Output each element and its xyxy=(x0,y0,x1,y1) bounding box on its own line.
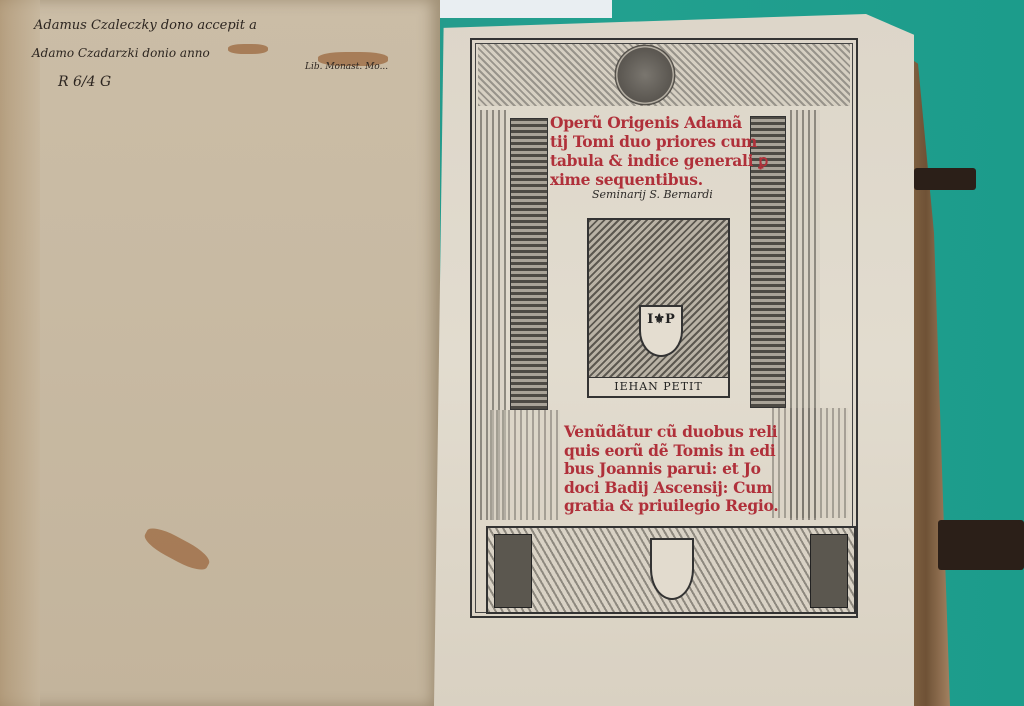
left-page-edge-stain xyxy=(0,0,40,706)
left-endpaper: Adamus Czaleczky dono accepit a Adamo Cz… xyxy=(0,0,440,706)
lower-clasp xyxy=(938,520,1024,570)
left-figures xyxy=(490,410,560,520)
ownership-inscription: Seminarij S. Bernardi xyxy=(592,188,713,201)
brown-stain xyxy=(141,523,213,575)
shelfmark: R 6/4 G xyxy=(58,74,111,90)
upper-clasp xyxy=(914,168,976,190)
bottom-ornament-band-horsemen xyxy=(486,526,856,614)
book-title: Operũ Origenis Adamã tij Tomi duo priore… xyxy=(550,113,750,189)
paper-slip xyxy=(432,0,612,18)
library-note: Lib. Monast. Mo... xyxy=(305,62,388,72)
imprint: Venũdãtur cũ duobus reli quis eorũ dẽ To… xyxy=(564,423,774,516)
inscription-line-2: Adamo Czadarzki donio anno xyxy=(32,46,210,60)
inscription-line-1: Adamus Czaleczky dono accepit a xyxy=(34,18,257,33)
printer-device: I⚜P IEHAN PETIT xyxy=(587,218,730,398)
blank-shield-icon xyxy=(650,538,694,600)
right-figure-panel xyxy=(810,534,848,608)
brown-stain xyxy=(228,44,268,54)
medallion-scholar-icon xyxy=(612,44,678,106)
left-column xyxy=(510,118,548,410)
right-figures xyxy=(772,408,848,518)
printer-name-banner: IEHAN PETIT xyxy=(589,377,728,396)
left-figure-panel xyxy=(494,534,532,608)
fleur-de-lis-shield-icon: I⚜P xyxy=(639,305,683,357)
